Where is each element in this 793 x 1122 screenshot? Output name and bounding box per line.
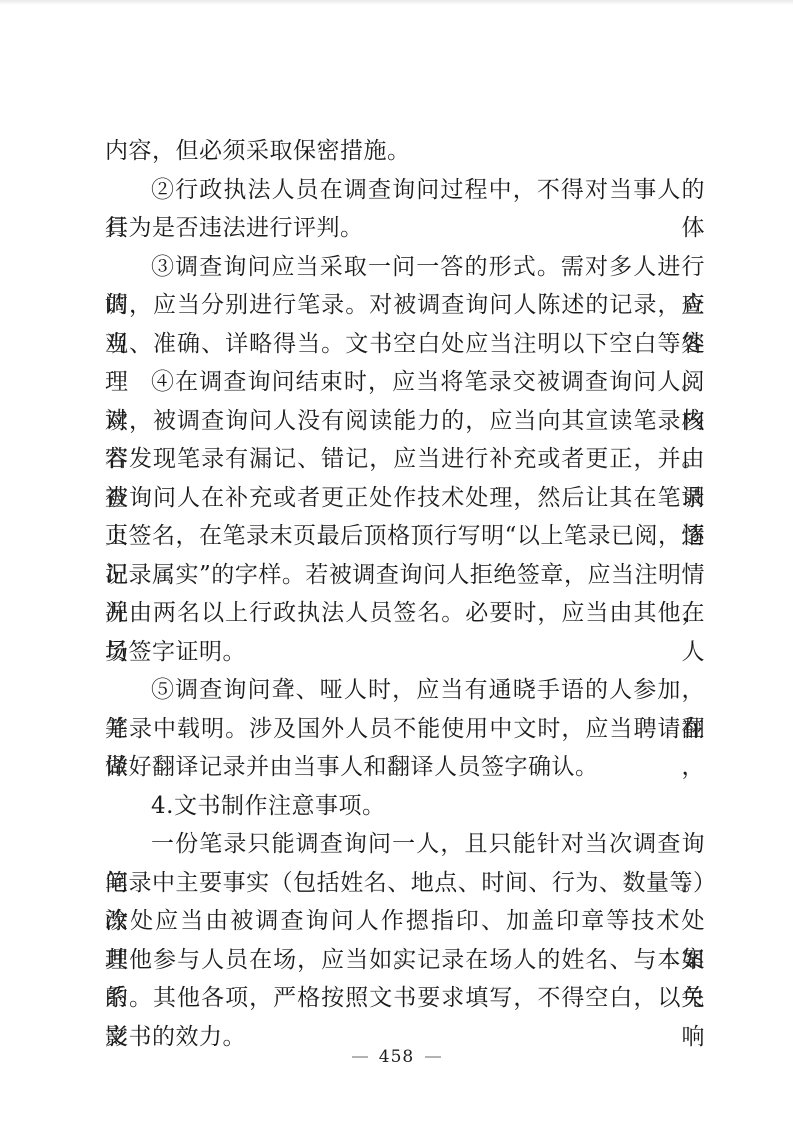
text-line: 观、准确、详略得当。文书空白处应当注明以下空白等处理。 xyxy=(105,325,705,364)
text-line: 页签名，在笔录末页最后顶格顶行写明“以上笔录已阅，情况 xyxy=(105,517,705,556)
text-line: 的，应当分别进行笔录。对被调查询问人陈述的记录，应当客 xyxy=(105,286,705,325)
text-line: 4.文书制作注意事项。 xyxy=(105,787,705,826)
text-line: 笔录中载明。涉及国外人员不能使用中文时，应当聘请翻译， xyxy=(105,710,705,749)
text-line: 若发现笔录有漏记、错记，应当进行补充或者更正，并由被调 xyxy=(105,440,705,479)
page-footer: 458 xyxy=(0,1044,793,1068)
text-line: 系。其他各项，严格按照文书要求填写，不得空白，以免影响 xyxy=(105,979,705,1018)
scan-edge-shadow xyxy=(0,0,793,5)
document-page: 内容，但必须采取保密措施。 ②行政执法人员在调查询问过程中，不得对当事人的具体 … xyxy=(0,0,793,1122)
text-line: 记录属实”的字样。若被调查询问人拒绝签章，应当注明情况， xyxy=(105,556,705,595)
text-line: 查询问人在补充或者更正处作技术处理，然后让其在笔录上逐 xyxy=(105,479,705,518)
text-line: 笔录中主要事实（包括姓名、地点、时间、行为、数量等）涂 xyxy=(105,864,705,903)
text-line: ②行政执法人员在调查询问过程中，不得对当事人的具体 xyxy=(105,171,705,210)
body-text: 内容，但必须采取保密措施。 ②行政执法人员在调查询问过程中，不得对当事人的具体 … xyxy=(105,132,705,1056)
text-line: 其他参与人员在场，应当如实记录在场人的姓名、与本案的关 xyxy=(105,941,705,980)
page-number-dash-right xyxy=(425,1056,441,1058)
text-line: 内容，但必须采取保密措施。 xyxy=(105,132,705,171)
text-line: ④在调查询问结束时，应当将笔录交被调查询问人阅读核 xyxy=(105,363,705,402)
text-line: ③调查询问应当采取一问一答的形式。需对多人进行调查 xyxy=(105,248,705,287)
text-line: 改处应当由被调查询问人作摁指印、加盖印章等技术处理。如 xyxy=(105,902,705,941)
page-number-dash-left xyxy=(352,1056,368,1058)
text-line: ⑤调查询问聋、哑人时，应当有通晓手语的人参加，并在 xyxy=(105,671,705,710)
page-number: 458 xyxy=(379,1045,414,1069)
text-line: 并由两名以上行政执法人员签名。必要时，应当由其他在场人 xyxy=(105,594,705,633)
text-line: 一份笔录只能调查询问一人，且只能针对当次调查询问。 xyxy=(105,825,705,864)
text-line: 对，被调查询问人没有阅读能力的，应当向其宣读笔录内容。 xyxy=(105,402,705,441)
